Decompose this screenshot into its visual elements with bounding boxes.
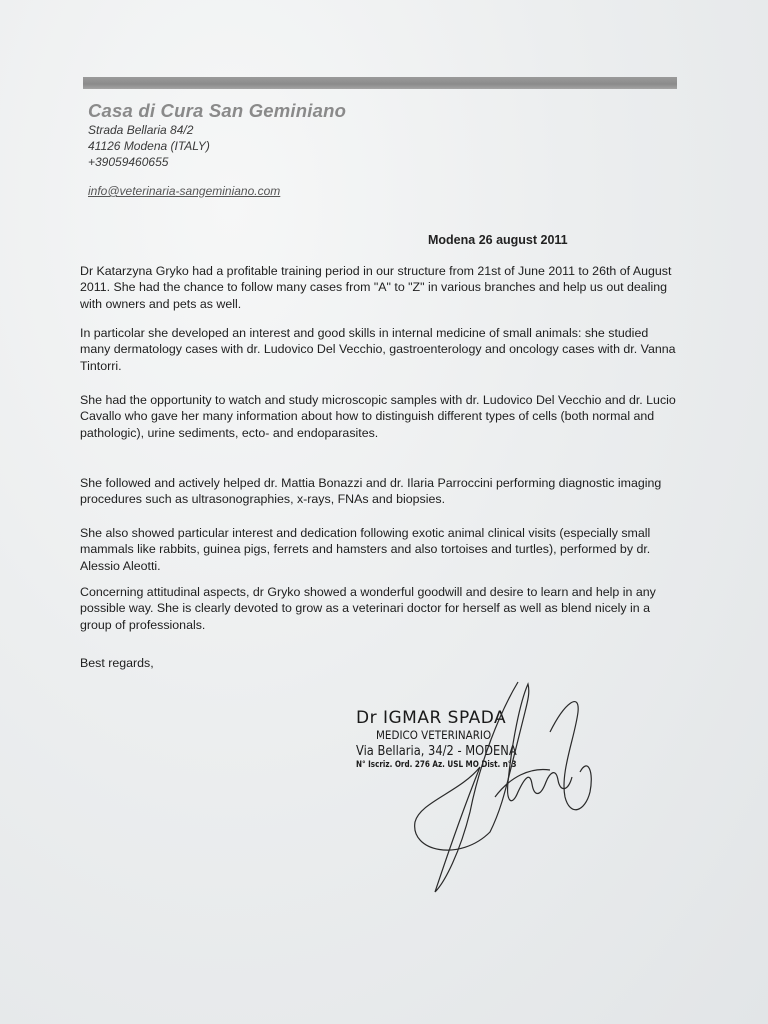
paragraph-exotics: She also showed particular interest and … (80, 525, 680, 574)
paragraph-attitude: Concerning attitudinal aspects, dr Gryko… (80, 584, 680, 633)
paragraph-intro: Dr Katarzyna Gryko had a profitable trai… (80, 263, 680, 312)
closing-salutation: Best regards, (80, 656, 154, 670)
phone-number: +39059460655 (88, 154, 168, 170)
letter-date: Modena 26 august 2011 (428, 233, 568, 247)
paragraph-microscopy: She had the opportunity to watch and stu… (80, 392, 680, 441)
letter-page: Casa di Cura San Geminiano Strada Bellar… (0, 0, 768, 1024)
letterhead-bar (83, 77, 677, 89)
address-street: Strada Bellaria 84/2 (88, 122, 193, 138)
signature-icon (400, 672, 610, 897)
paragraph-internal-medicine: In particolar she developed an interest … (80, 325, 680, 374)
company-name: Casa di Cura San Geminiano (88, 100, 346, 122)
paragraph-imaging: She followed and actively helped dr. Mat… (80, 475, 680, 508)
address-city: 41126 Modena (ITALY) (88, 138, 210, 154)
email-link[interactable]: info@veterinaria-sangeminiano.com (88, 184, 280, 198)
